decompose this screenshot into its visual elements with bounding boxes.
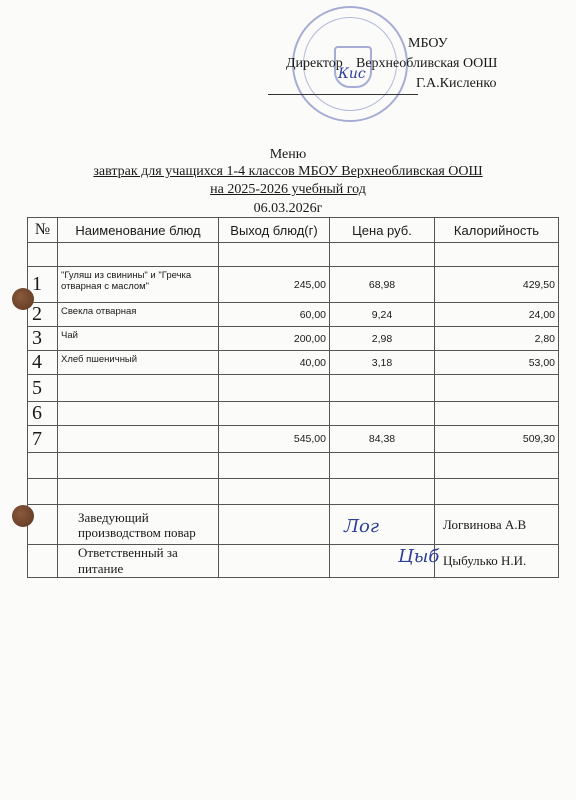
dish-calories: [435, 375, 559, 402]
binder-hole: [12, 505, 34, 527]
dish-price: [330, 453, 435, 479]
dish-name: [58, 375, 219, 402]
dish-output: 545,00: [219, 426, 330, 453]
table-row: 4Хлеб пшеничный40,003,1853,00: [28, 351, 559, 375]
handwritten-signature-1: Лог: [344, 516, 379, 537]
dish-price: 2,98: [330, 327, 435, 351]
approval-org: МБОУ: [408, 36, 448, 52]
dish-calories: 509,30: [435, 426, 559, 453]
signature-role: Заведующий производством повар: [58, 505, 219, 545]
col-price: Цена руб.: [330, 218, 435, 243]
col-output: Выход блюд(г): [219, 218, 330, 243]
dish-name: [58, 453, 219, 479]
table-row: [28, 243, 559, 267]
signature-person: Цыбулько Н.И.: [435, 545, 559, 578]
dish-name: [58, 243, 219, 267]
menu-year: на 2025-2026 учебный год: [0, 182, 576, 198]
table-row: [28, 479, 559, 505]
row-number: 6: [28, 402, 58, 426]
row-number: 2: [28, 303, 58, 327]
row-number: 3: [28, 327, 58, 351]
row-number: [28, 453, 58, 479]
dish-name: Чай: [58, 327, 219, 351]
dish-price: 3,18: [330, 351, 435, 375]
dish-name: [58, 402, 219, 426]
col-number: №: [28, 218, 58, 243]
dish-price: 68,98: [330, 267, 435, 303]
director-name: Г.А.Кисленко: [416, 76, 496, 92]
dish-calories: [435, 402, 559, 426]
dish-price: 84,38: [330, 426, 435, 453]
dish-name: "Гуляш из свинины" и "Гречка отварная с …: [58, 267, 219, 303]
handwritten-signature-2: Цыб: [398, 546, 439, 567]
signature-row: Ответственный за питание Цыбулько Н.И.: [28, 545, 559, 578]
table-header-row: № Наименование блюд Выход блюд(г) Цена р…: [28, 218, 559, 243]
dish-name: Хлеб пшеничный: [58, 351, 219, 375]
dish-calories: 53,00: [435, 351, 559, 375]
dish-calories: 2,80: [435, 327, 559, 351]
dish-output: 40,00: [219, 351, 330, 375]
row-number: [28, 479, 58, 505]
row-number: [28, 243, 58, 267]
dish-calories: 24,00: [435, 303, 559, 327]
table-row: 2Свекла отварная60,009,2424,00: [28, 303, 559, 327]
table-row: 7545,0084,38509,30: [28, 426, 559, 453]
signature-person: Логвинова А.В: [435, 505, 559, 545]
dish-name: [58, 479, 219, 505]
row-number: 4: [28, 351, 58, 375]
signature-role: Ответственный за питание: [58, 545, 219, 578]
table-row: 1"Гуляш из свинины" и "Гречка отварная с…: [28, 267, 559, 303]
dish-price: 9,24: [330, 303, 435, 327]
menu-date: 06.03.2026г: [0, 201, 576, 217]
dish-price: [330, 375, 435, 402]
menu-table: № Наименование блюд Выход блюд(г) Цена р…: [27, 217, 559, 578]
col-dish-name: Наименование блюд: [58, 218, 219, 243]
dish-name: Свекла отварная: [58, 303, 219, 327]
col-calories: Калорийность: [435, 218, 559, 243]
dish-output: [219, 375, 330, 402]
dish-price: [330, 243, 435, 267]
dish-output: [219, 243, 330, 267]
signature-row: Заведующий производством повар Логвинова…: [28, 505, 559, 545]
table-row: [28, 453, 559, 479]
table-row: 6: [28, 402, 559, 426]
dish-name: [58, 426, 219, 453]
table-row: 5: [28, 375, 559, 402]
dish-calories: [435, 479, 559, 505]
binder-hole: [12, 288, 34, 310]
dish-output: [219, 402, 330, 426]
dish-calories: [435, 243, 559, 267]
menu-subtitle: завтрак для учащихся 1-4 классов МБОУ Ве…: [0, 164, 576, 180]
dish-calories: 429,50: [435, 267, 559, 303]
dish-output: 245,00: [219, 267, 330, 303]
menu-title: Меню: [0, 147, 576, 163]
approval-school: Верхнеобливская ООШ: [356, 56, 497, 72]
dish-output: 60,00: [219, 303, 330, 327]
director-signature-line: [268, 94, 418, 95]
dish-price: [330, 479, 435, 505]
dish-calories: [435, 453, 559, 479]
approval-position: Директор: [286, 56, 343, 72]
dish-price: [330, 402, 435, 426]
director-signature: Кис: [338, 66, 366, 82]
row-number: 5: [28, 375, 58, 402]
table-row: 3Чай200,002,982,80: [28, 327, 559, 351]
row-number: 7: [28, 426, 58, 453]
dish-output: 200,00: [219, 327, 330, 351]
dish-output: [219, 479, 330, 505]
dish-output: [219, 453, 330, 479]
